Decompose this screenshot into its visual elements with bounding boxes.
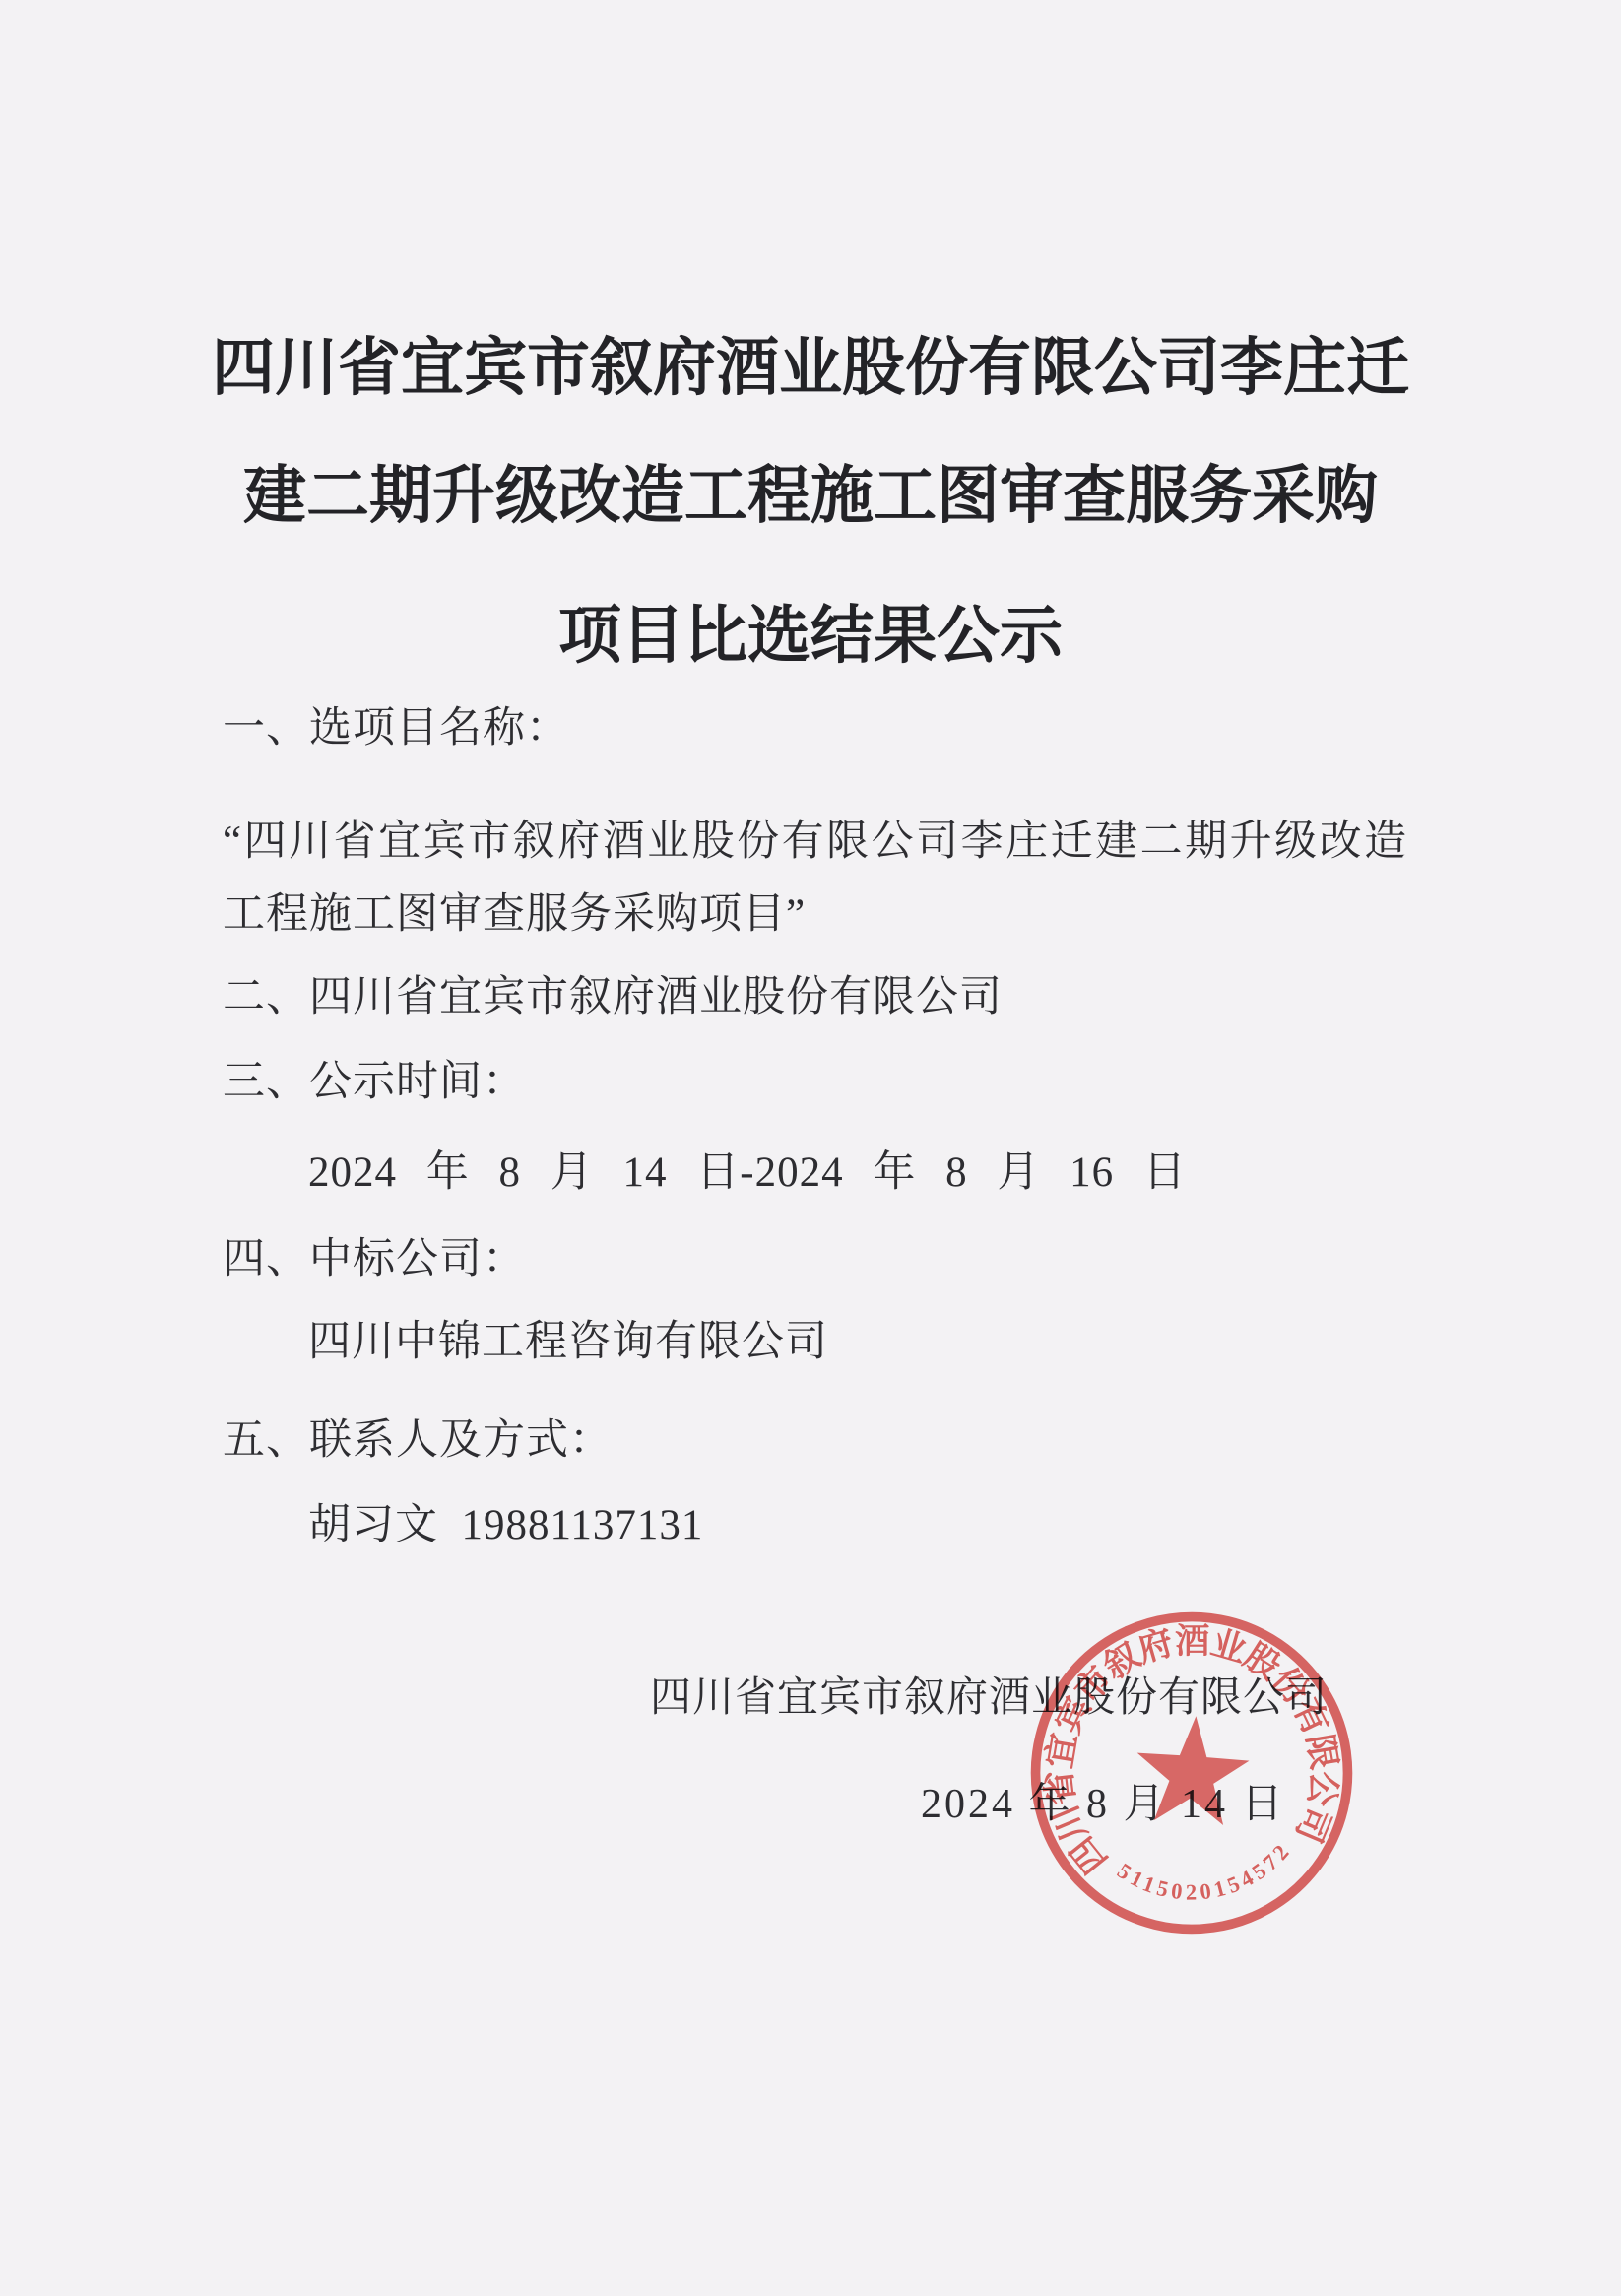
- body-line-item-3-label: 三、公示时间：: [223, 1048, 526, 1108]
- document-page: 四川省宜宾市叙府酒业股份有限公司李庄迁 建二期升级改造工程施工图审查服务采购 项…: [0, 0, 1621, 2296]
- document-title-line-3: 项目比选结果公示: [0, 585, 1621, 676]
- body-line-item-2-purchaser: 二、四川省宜宾市叙府酒业股份有限公司: [223, 963, 1003, 1023]
- body-line-winning-company: 四川中锦工程咨询有限公司: [308, 1308, 828, 1368]
- body-line-item-5-label: 五、联系人及方式：: [223, 1407, 613, 1467]
- body-line-project-name-2: 工程施工图审查服务采购项目”: [223, 881, 806, 941]
- document-title-line-1: 四川省宜宾市叙府酒业股份有限公司李庄迁: [0, 317, 1621, 408]
- star-icon: [1134, 1710, 1258, 1836]
- document-title-line-2: 建二期升级改造工程施工图审查服务采购: [0, 445, 1621, 536]
- body-line-project-name-1: “四川省宜宾市叙府酒业股份有限公司李庄迁建二期升级改造: [223, 808, 1409, 868]
- body-line-publicity-period: 2024 年 8 月 14 日-2024 年 8 月 16 日: [308, 1139, 1187, 1199]
- body-line-item-1-label: 一、选项目名称：: [223, 694, 569, 754]
- body-line-item-4-label: 四、中标公司：: [223, 1225, 526, 1285]
- body-line-contact-info: 胡习文 19881137131: [308, 1491, 703, 1551]
- company-seal-stamp: 四川省宜宾市叙府酒业股份有限公司 5115020154572: [989, 1570, 1394, 1975]
